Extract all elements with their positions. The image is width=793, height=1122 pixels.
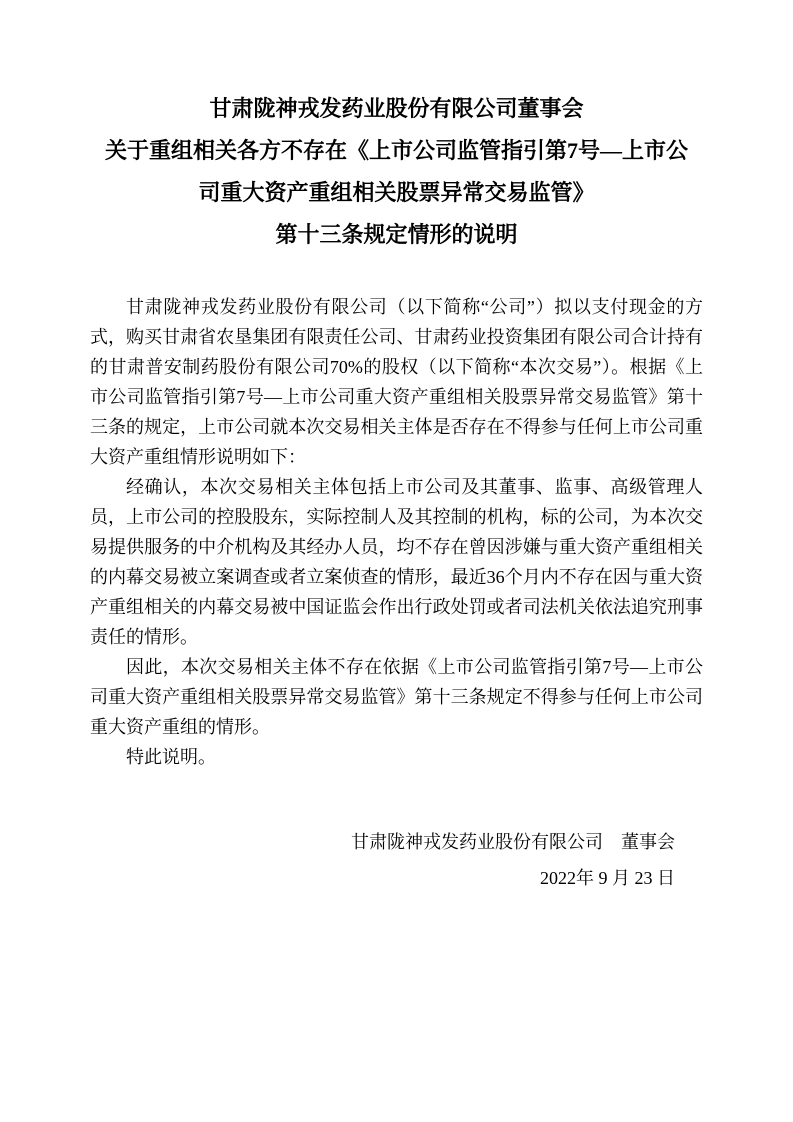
document-page: 甘肃陇神戎发药业股份有限公司董事会 关于重组相关各方不存在《上市公司监管指引第7…: [0, 0, 793, 1122]
signature-date: 2022年 9 月 23 日: [90, 860, 675, 896]
title-line-3: 司重大资产重组相关股票异常交易监管》: [90, 172, 703, 214]
title-line-2: 关于重组相关各方不存在《上市公司监管指引第7号—上市公: [90, 130, 703, 172]
closing-statement: 特此说明。: [90, 742, 703, 772]
document-title: 甘肃陇神戎发药业股份有限公司董事会 关于重组相关各方不存在《上市公司监管指引第7…: [90, 88, 703, 256]
document-body: 甘肃陇神戎发药业股份有限公司（以下简称“公司”）拟以支付现金的方式，购买甘肃省农…: [90, 292, 703, 772]
title-line-1: 甘肃陇神戎发药业股份有限公司董事会: [90, 88, 703, 130]
signature-company: 甘肃陇神戎发药业股份有限公司 董事会: [90, 824, 675, 860]
signature-block: 甘肃陇神戎发药业股份有限公司 董事会 2022年 9 月 23 日: [90, 824, 703, 896]
body-paragraph-3: 因此，本次交易相关主体不存在依据《上市公司监管指引第7号—上市公司重大资产重组相…: [90, 652, 703, 742]
body-paragraph-1: 甘肃陇神戎发药业股份有限公司（以下简称“公司”）拟以支付现金的方式，购买甘肃省农…: [90, 292, 703, 472]
title-line-4: 第十三条规定情形的说明: [90, 214, 703, 256]
body-paragraph-2: 经确认，本次交易相关主体包括上市公司及其董事、监事、高级管理人员，上市公司的控股…: [90, 472, 703, 652]
